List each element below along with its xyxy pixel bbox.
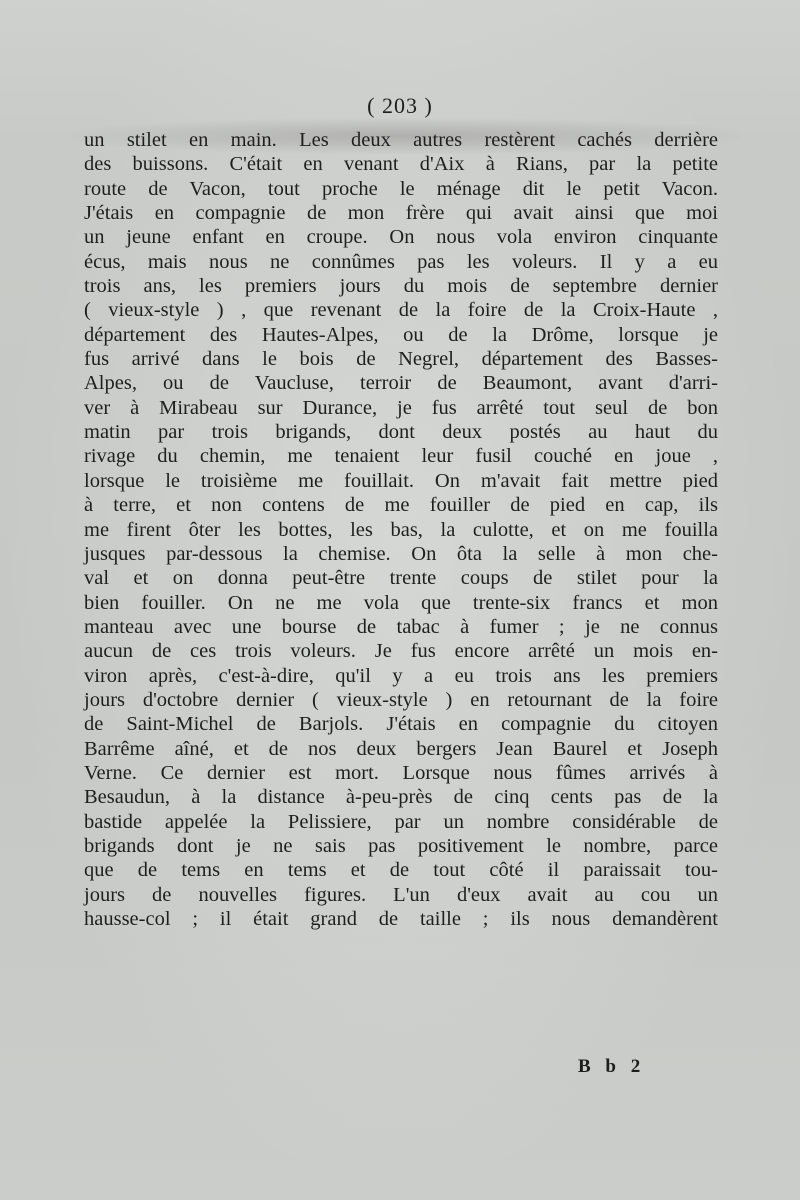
- body-text: un stilet en main. Les deux autres restè…: [84, 128, 718, 931]
- book-page: ( 203 ) un stilet en main. Les deux autr…: [0, 0, 800, 1200]
- text-line: lorsque le troisième me fouillait. On m'…: [84, 469, 718, 493]
- text-line: jusques par-dessous la chemise. On ôta l…: [84, 542, 718, 566]
- text-line: brigands dont je ne sais pas positivemen…: [84, 834, 718, 858]
- text-line: route de Vacon, tout proche le ménage di…: [84, 177, 718, 201]
- text-line: Alpes, ou de Vaucluse, terroir de Beaumo…: [84, 371, 718, 395]
- text-line: val et on donna peut-être trente coups d…: [84, 566, 718, 590]
- text-line: hausse-col ; il était grand de taille ; …: [84, 907, 718, 931]
- text-line: un jeune enfant en croupe. On nous vola …: [84, 225, 718, 249]
- signature-mark: B b 2: [578, 1056, 645, 1078]
- text-line: trois ans, les premiers jours du mois de…: [84, 274, 718, 298]
- text-line: un stilet en main. Les deux autres restè…: [84, 128, 718, 152]
- text-line: que de tems en tems et de tout côté il p…: [84, 858, 718, 882]
- text-line: département des Hautes-Alpes, ou de la D…: [84, 323, 718, 347]
- text-line: Barrême aîné, et de nos deux bergers Jea…: [84, 737, 718, 761]
- text-line: rivage du chemin, me tenaient leur fusil…: [84, 444, 718, 468]
- text-line: matin par trois brigands, dont deux post…: [84, 420, 718, 444]
- text-line: bien fouiller. On ne me vola que trente-…: [84, 591, 718, 615]
- text-line: bastide appelée la Pelissiere, par un no…: [84, 810, 718, 834]
- text-line: écus, mais nous ne connûmes pas les vole…: [84, 250, 718, 274]
- text-line: aucun de ces trois voleurs. Je fus encor…: [84, 639, 718, 663]
- text-line: à terre, et non contens de me fouiller d…: [84, 493, 718, 517]
- text-line: manteau avec une bourse de tabac à fumer…: [84, 615, 718, 639]
- text-line: jours de nouvelles figures. L'un d'eux a…: [84, 883, 718, 907]
- text-line: J'étais en compagnie de mon frère qui av…: [84, 201, 718, 225]
- text-line: viron après, c'est-à-dire, qu'il y a eu …: [84, 664, 718, 688]
- text-line: ver à Mirabeau sur Durance, je fus arrêt…: [84, 396, 718, 420]
- text-line: Verne. Ce dernier est mort. Lorsque nous…: [84, 761, 718, 785]
- text-line: Besaudun, à la distance à-peu-près de ci…: [84, 785, 718, 809]
- text-line: jours d'octobre dernier ( vieux-style ) …: [84, 688, 718, 712]
- text-line: fus arrivé dans le bois de Negrel, dépar…: [84, 347, 718, 371]
- text-line: me firent ôter les bottes, les bas, la c…: [84, 518, 718, 542]
- page-number: ( 203 ): [0, 93, 800, 119]
- text-line: de Saint-Michel de Barjols. J'étais en c…: [84, 712, 718, 736]
- text-line: ( vieux-style ) , que revenant de la foi…: [84, 298, 718, 322]
- text-line: des buissons. C'était en venant d'Aix à …: [84, 152, 718, 176]
